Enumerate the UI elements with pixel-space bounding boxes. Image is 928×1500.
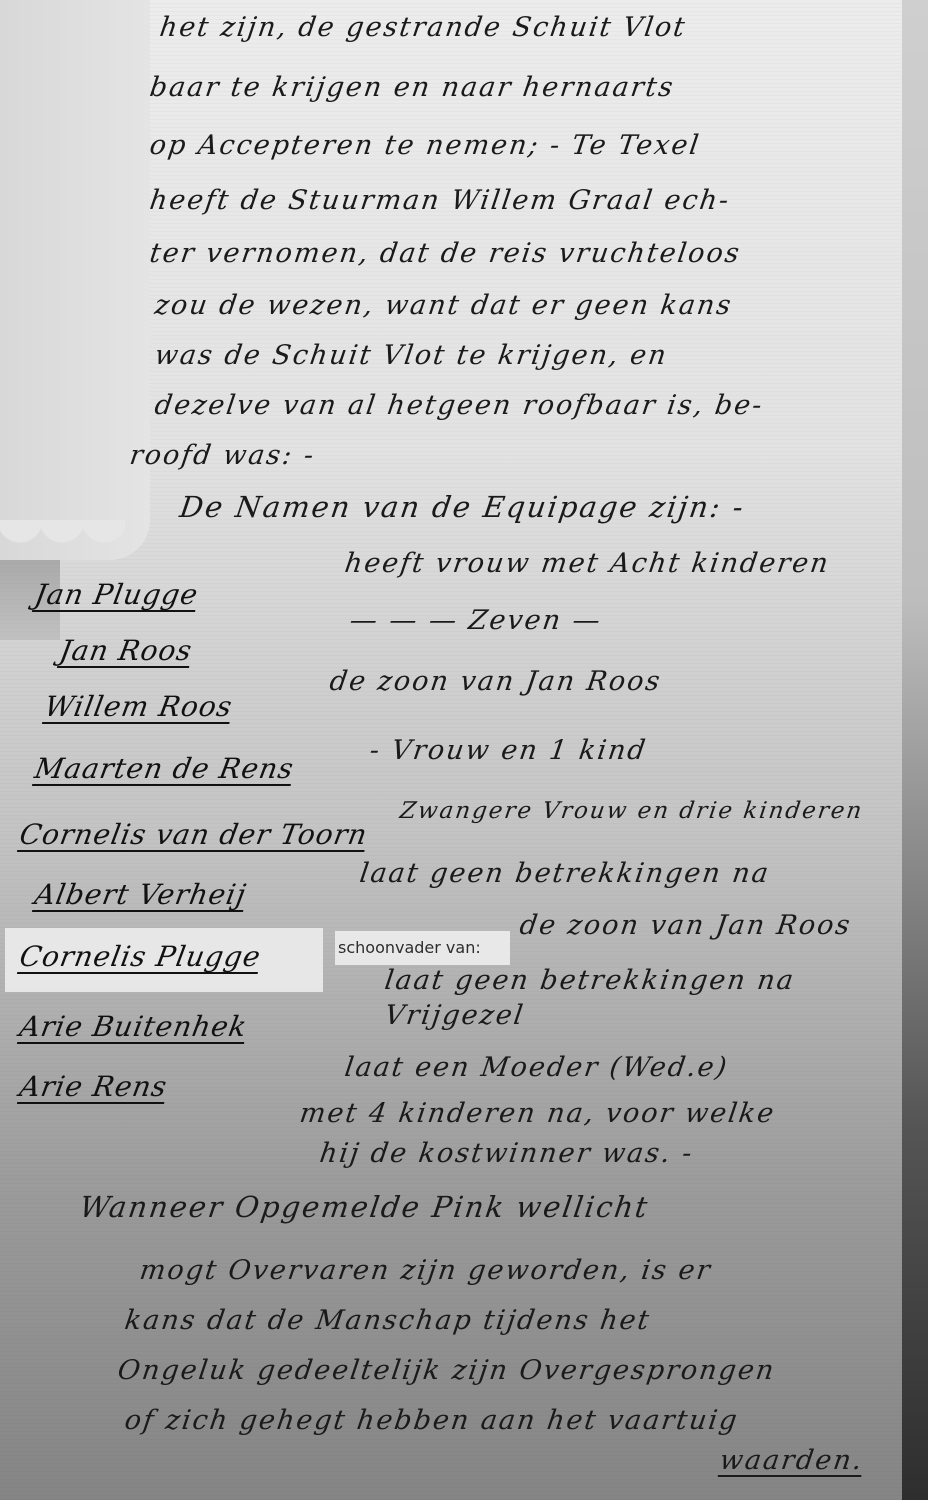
text-line: dezelve van al hetgeen roofbaar is, be- — [153, 390, 766, 421]
annotation-label: schoonvader van: — [335, 931, 510, 965]
text-line: mogt Overvaren zijn geworden, is er — [138, 1255, 714, 1286]
page-binding-edge — [902, 0, 928, 1500]
crew-name: Maarten de Rens — [32, 752, 296, 785]
text-line: baar te krijgen en naar hernaarts — [148, 72, 677, 103]
crew-note: laat geen betrekkingen na — [383, 965, 797, 996]
crew-name: Arie Buitenhek — [17, 1010, 250, 1043]
crew-note: de zoon van Jan Roos — [518, 910, 854, 941]
text-line: roofd was: - — [128, 440, 318, 471]
crew-note: laat een Moeder (Wed.e) — [343, 1052, 731, 1083]
text-line: waarden. — [718, 1445, 866, 1476]
text-line: heeft de Stuurman Willem Graal ech- — [148, 185, 733, 216]
crew-note: Zwangere Vrouw en drie kinderen — [398, 798, 865, 824]
crew-name: Albert Verheij — [32, 878, 249, 911]
crew-note: laat geen betrekkingen na — [358, 858, 772, 889]
text-line: kans dat de Manschap tijdens het — [123, 1305, 653, 1336]
crew-note: - Vrouw en 1 kind — [368, 735, 649, 766]
crew-name: Jan Roos — [57, 634, 195, 667]
text-line: zou de wezen, want dat er geen kans — [153, 290, 735, 321]
crew-note: Vrijgezel — [383, 1000, 527, 1031]
crew-note: hij de kostwinner was. - — [318, 1138, 696, 1169]
text-line: was de Schuit Vlot te krijgen, en — [153, 340, 670, 371]
crew-name: Cornelis van der Toorn — [17, 818, 370, 851]
crew-note: heeft vrouw met Acht kinderen — [343, 548, 832, 579]
text-line: Ongeluk gedeeltelijk zijn Overgesprongen — [116, 1355, 778, 1386]
text-line: of zich gehegt hebben aan het vaartuig — [123, 1405, 741, 1436]
crew-note: — — — Zeven — — [348, 605, 604, 636]
crew-name: Cornelis Plugge — [17, 940, 264, 973]
text-line: Wanneer Opgemelde Pink wellicht — [78, 1190, 652, 1224]
crew-note: de zoon van Jan Roos — [328, 666, 664, 697]
text-line: ter vernomen, dat de reis vruchteloos — [148, 238, 743, 269]
text-line: het zijn, de gestrande Schuit Vlot — [158, 12, 689, 43]
text-line: op Accepteren te nemen; - Te Texel — [148, 130, 703, 161]
crew-note: met 4 kinderen na, voor welke — [298, 1098, 778, 1129]
folded-paper-flap — [0, 0, 150, 560]
crew-name: Jan Plugge — [32, 578, 201, 611]
crew-name: Arie Rens — [17, 1070, 170, 1103]
crew-name: Willem Roos — [42, 690, 235, 723]
crew-list-heading: De Namen van de Equipage zijn: - — [178, 490, 748, 524]
